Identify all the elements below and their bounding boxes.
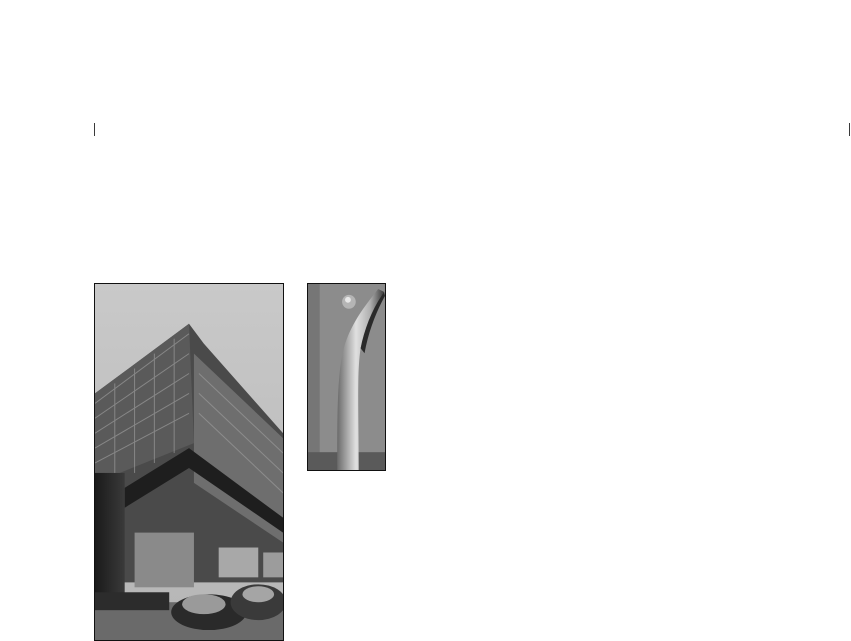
crop-mark-left (94, 123, 95, 136)
building-photo (94, 283, 284, 641)
crop-mark-right (849, 123, 850, 136)
building-construction-image (95, 284, 283, 640)
door-handle-image (308, 284, 385, 470)
door-handle-photo (307, 283, 386, 471)
